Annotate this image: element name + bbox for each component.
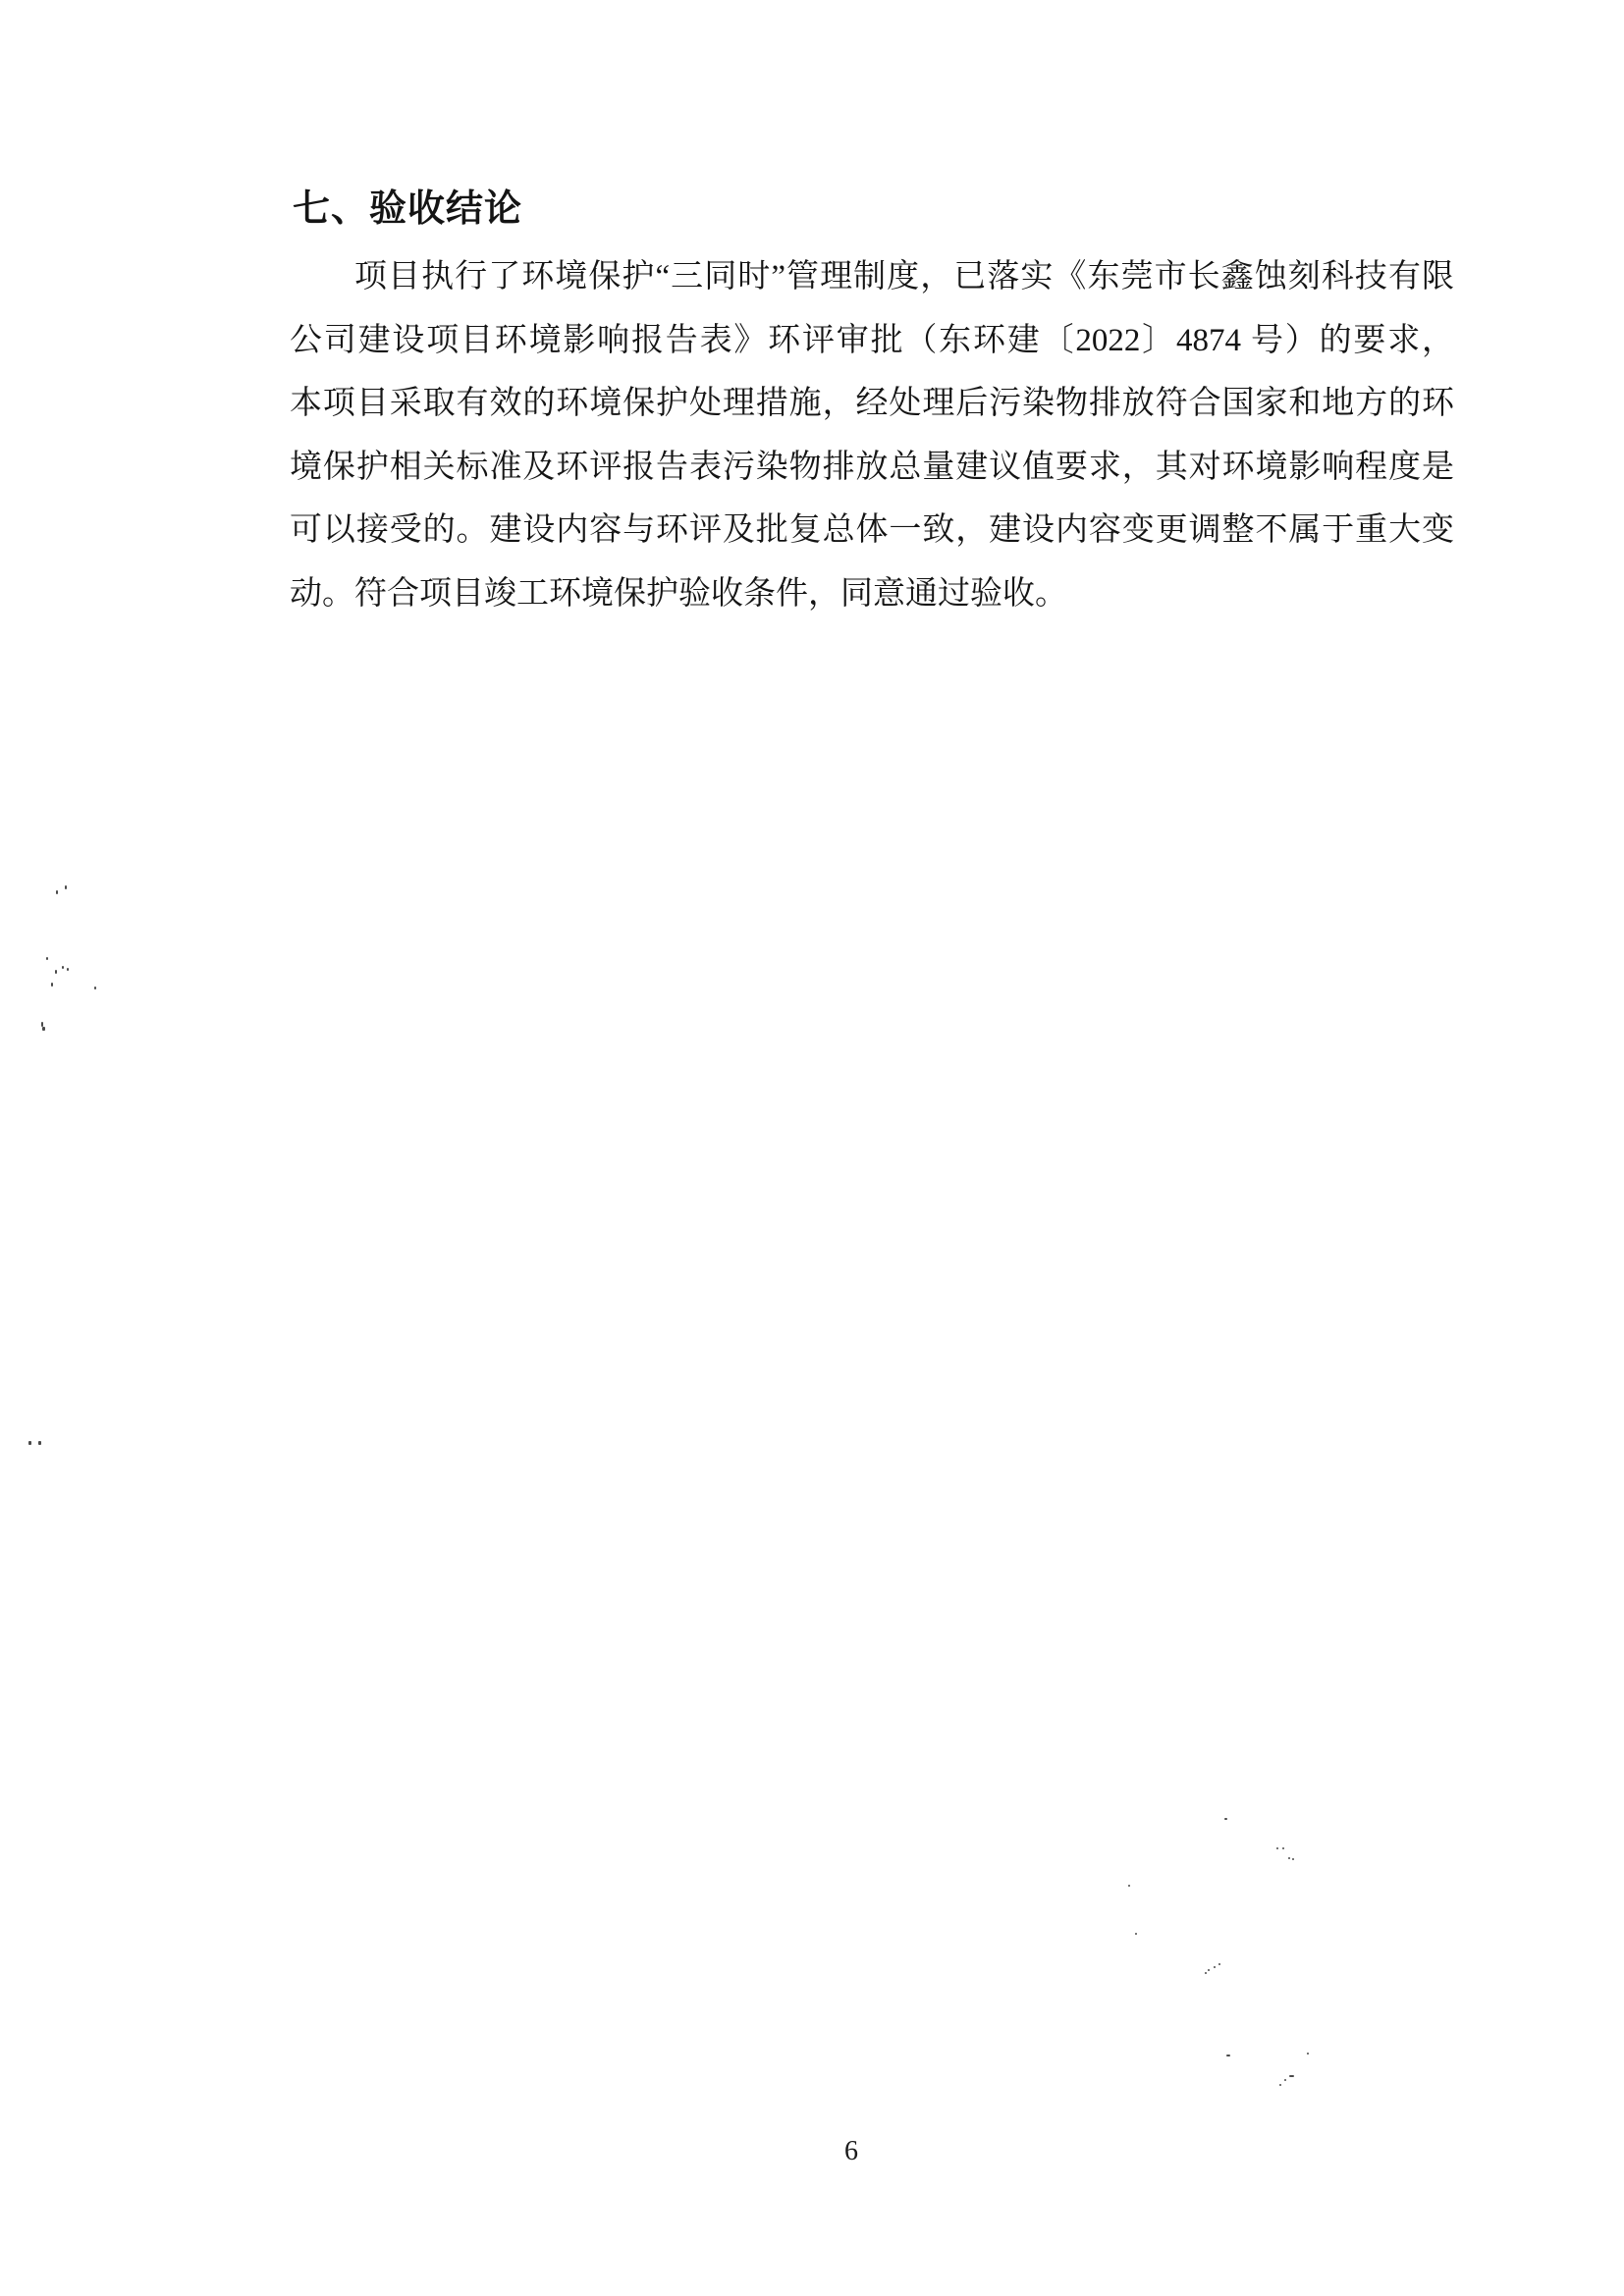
scan-speckle: [1214, 1966, 1216, 1968]
section-heading: 七、验收结论: [293, 178, 522, 232]
scan-speckle: [1288, 1857, 1290, 1859]
scan-speckle: [1224, 1818, 1227, 1820]
paragraph-line: 动。符合项目竣工环境保护验收条件，同意通过验收。: [290, 562, 1454, 626]
scan-speckle: [46, 957, 48, 960]
paragraph-line: 公司建设项目环境影响报告表》环评审批（东环建〔2022〕4874 号）的要求，: [290, 309, 1454, 373]
scan-speckle: [1279, 2084, 1281, 2086]
scan-speckle: [62, 966, 64, 969]
scan-speckle: [1284, 2079, 1286, 2081]
scan-speckle: [94, 987, 96, 989]
scan-speckle: [55, 970, 57, 974]
conclusion-paragraph: 项目执行了环境保护“三同时”管理制度，已落实《东莞市长鑫蚀刻科技有限 公司建设项…: [290, 245, 1454, 625]
scan-speckle: [1226, 2055, 1230, 2056]
scan-speckle: [38, 1441, 41, 1445]
paragraph-line: 项目执行了环境保护“三同时”管理制度，已落实《东莞市长鑫蚀刻科技有限: [290, 245, 1454, 309]
scan-speckle: [1282, 1847, 1284, 1849]
paragraph-line: 可以接受的。建设内容与环评及批复总体一致，建设内容变更调整不属于重大变: [290, 499, 1454, 562]
scan-speckle: [1276, 1847, 1278, 1849]
scan-speckle: [56, 890, 58, 894]
scan-speckle: [42, 1027, 45, 1031]
scan-speckle: [1292, 1858, 1294, 1860]
scan-speckle: [1135, 1933, 1137, 1935]
scan-speckle: [1218, 1963, 1220, 1965]
scan-speckle: [28, 1441, 31, 1445]
scan-speckle: [1307, 2053, 1309, 2055]
scan-speckle: [51, 983, 53, 987]
paragraph-line: 本项目采取有效的环境保护处理措施，经处理后污染物排放符合国家和地方的环: [290, 372, 1454, 436]
scan-speckle: [1289, 2075, 1294, 2077]
scan-speckle: [67, 968, 69, 971]
scan-speckle: [1205, 1972, 1207, 1974]
scan-speckle: [65, 885, 67, 889]
scan-speckle: [1128, 1885, 1130, 1887]
scan-speckle: [1208, 1969, 1210, 1971]
scanned-document-page: 七、验收结论 项目执行了环境保护“三同时”管理制度，已落实《东莞市长鑫蚀刻科技有…: [0, 0, 1624, 2296]
paragraph-line: 境保护相关标准及环评报告表污染物排放总量建议值要求，其对环境影响程度是: [290, 436, 1454, 500]
page-number: 6: [844, 2136, 858, 2167]
